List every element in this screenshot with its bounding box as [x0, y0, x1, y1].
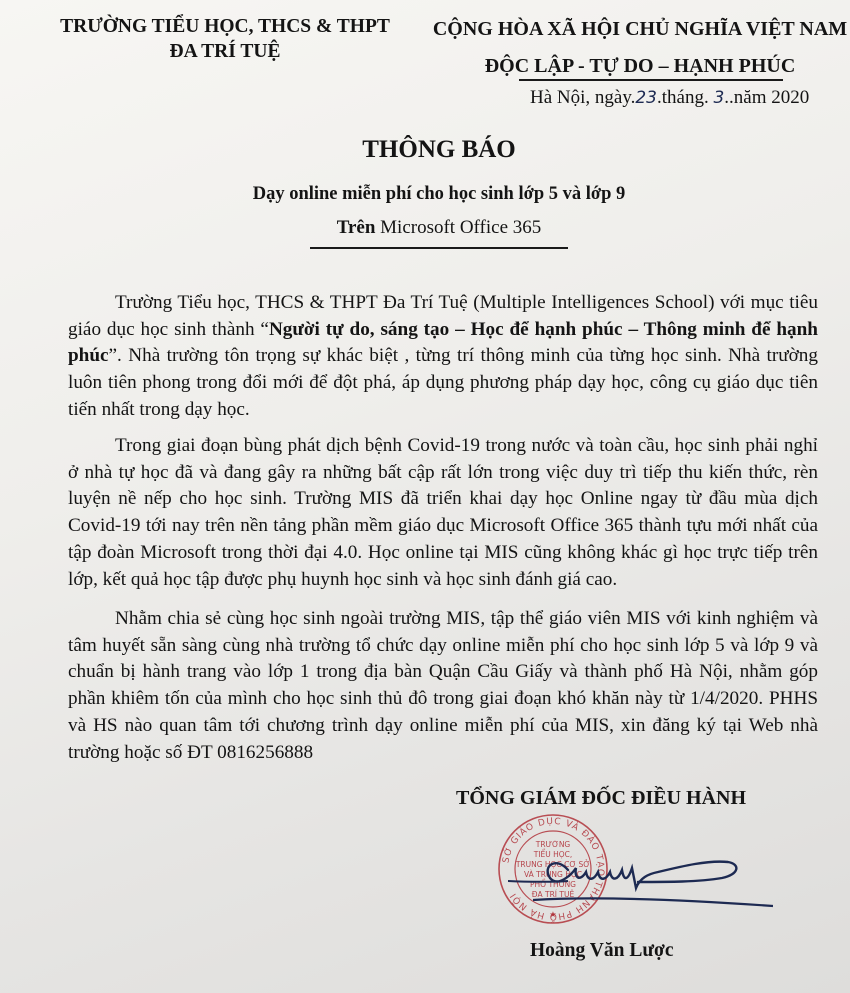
title-divider: [310, 247, 568, 249]
national-motto: ĐỘC LẬP - TỰ DO – HẠNH PHÚC: [485, 53, 796, 79]
national-motto-text: ĐỘC LẬP - TỰ DO – HẠNH PHÚC: [485, 55, 796, 77]
date-year: năm 2020: [734, 87, 809, 108]
platform-name: Microsoft Office 365: [375, 217, 541, 238]
signatory-name: Hoàng Văn Lược: [530, 940, 674, 962]
date-month: 3: [713, 88, 724, 108]
school-name-line1: TRƯỜNG TIỂU HỌC, THCS & THPT: [40, 14, 410, 39]
date-month-label: tháng: [662, 87, 704, 108]
national-header: CỘNG HÒA XÃ HỘI CHỦ NGHĨA VIỆT NAM ĐỘC L…: [430, 16, 850, 79]
school-name: TRƯỜNG TIỂU HỌC, THCS & THPT ĐA TRÍ TUỆ: [40, 14, 410, 64]
document-subtitle: Dạy online miễn phí cho học sinh lớp 5 v…: [0, 184, 850, 205]
platform-line: Trên Microsoft Office 365: [0, 217, 850, 239]
school-name-line2: ĐA TRÍ TUỆ: [40, 39, 410, 64]
signatory-title: TỔNG GIÁM ĐỐC ĐIỀU HÀNH: [456, 787, 746, 810]
issue-date: Hà Nội, ngày.23.tháng. 3..năm 2020: [530, 87, 809, 109]
paragraph-covid: Trong giai đoạn bùng phát dịch bệnh Covi…: [68, 433, 818, 593]
svg-text:★: ★: [549, 910, 556, 919]
paragraph-offer: Nhằm chia sẻ cùng học sinh ngoài trường …: [68, 606, 818, 766]
document-title: THÔNG BÁO: [0, 136, 850, 164]
paragraph-intro: Trường Tiểu học, THCS & THPT Đa Trí Tuệ …: [68, 290, 818, 424]
platform-prefix: Trên: [337, 217, 376, 238]
paragraph-intro-text-cont: ”. Nhà trường tôn trọng sự khác biệt , t…: [68, 345, 818, 419]
date-prefix: Hà Nội, ngày: [530, 87, 631, 108]
motto-underline: [519, 79, 784, 81]
date-day: 23: [635, 88, 657, 108]
republic-name: CỘNG HÒA XÃ HỘI CHỦ NGHĨA VIỆT NAM: [430, 16, 850, 42]
signature-icon: [508, 848, 773, 908]
